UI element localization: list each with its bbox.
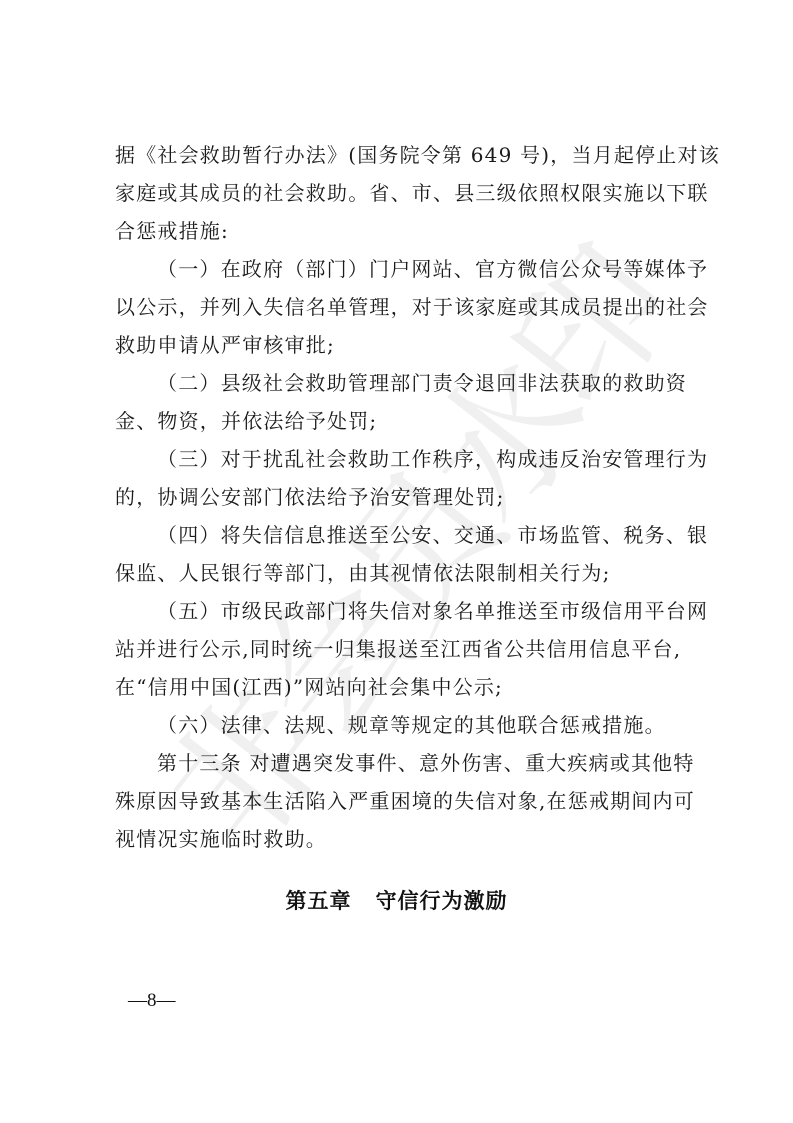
text-line: 殊原因导致基本生活陷入严重困境的失信对象,在惩戒期间内可 <box>115 782 711 820</box>
text-line: 合惩戒措施: <box>115 212 711 250</box>
item-5-line: （五）市级民政部门将失信对象名单推送至市级信用平台网 <box>115 592 711 630</box>
item-1-line: （一）在政府（部门）门户网站、官方微信公众号等媒体予 <box>115 250 711 288</box>
document-page: 非会员水印 据《社会救助暂行办法》(国务院令第 649 号)，当月起停止对该 家… <box>0 0 793 1123</box>
text-line: 据《社会救助暂行办法》(国务院令第 649 号)，当月起停止对该 <box>115 136 711 174</box>
text-line: 救助申请从严审核审批; <box>115 326 711 364</box>
item-6-line: （六）法律、法规、规章等规定的其他联合惩戒措施。 <box>115 706 711 744</box>
chapter-heading: 第五章守信行为激励 <box>0 885 793 915</box>
text-line: 视情况实施临时救助。 <box>115 820 711 858</box>
body-text: 据《社会救助暂行办法》(国务院令第 649 号)，当月起停止对该 家庭或其成员的… <box>115 136 711 858</box>
text-line: 保监、人民银行等部门，由其视情依法限制相关行为; <box>115 554 711 592</box>
text-line: 金、物资，并依法给予处罚; <box>115 402 711 440</box>
item-2-line: （二）县级社会救助管理部门责令退回非法获取的救助资 <box>115 364 711 402</box>
item-4-line: （四）将失信信息推送至公安、交通、市场监管、税务、银 <box>115 516 711 554</box>
text-line: 的，协调公安部门依法给予治安管理处罚; <box>115 478 711 516</box>
chapter-number: 第五章 <box>286 889 352 913</box>
chapter-title: 守信行为激励 <box>376 889 508 913</box>
page-number: —8— <box>128 990 176 1012</box>
text-line: 以公示，并列入失信名单管理，对于该家庭或其成员提出的社会 <box>115 288 711 326</box>
article-13-line: 第十三条 对遭遇突发事件、意外伤害、重大疾病或其他特 <box>115 744 711 782</box>
item-3-line: （三）对于扰乱社会救助工作秩序，构成违反治安管理行为 <box>115 440 711 478</box>
text-line: 在“信用中国(江西)”网站向社会集中公示; <box>115 668 711 706</box>
text-line: 家庭或其成员的社会救助。省、市、县三级依照权限实施以下联 <box>115 174 711 212</box>
text-line: 站并进行公示,同时统一归集报送至江西省公共信用信息平台, <box>115 630 711 668</box>
